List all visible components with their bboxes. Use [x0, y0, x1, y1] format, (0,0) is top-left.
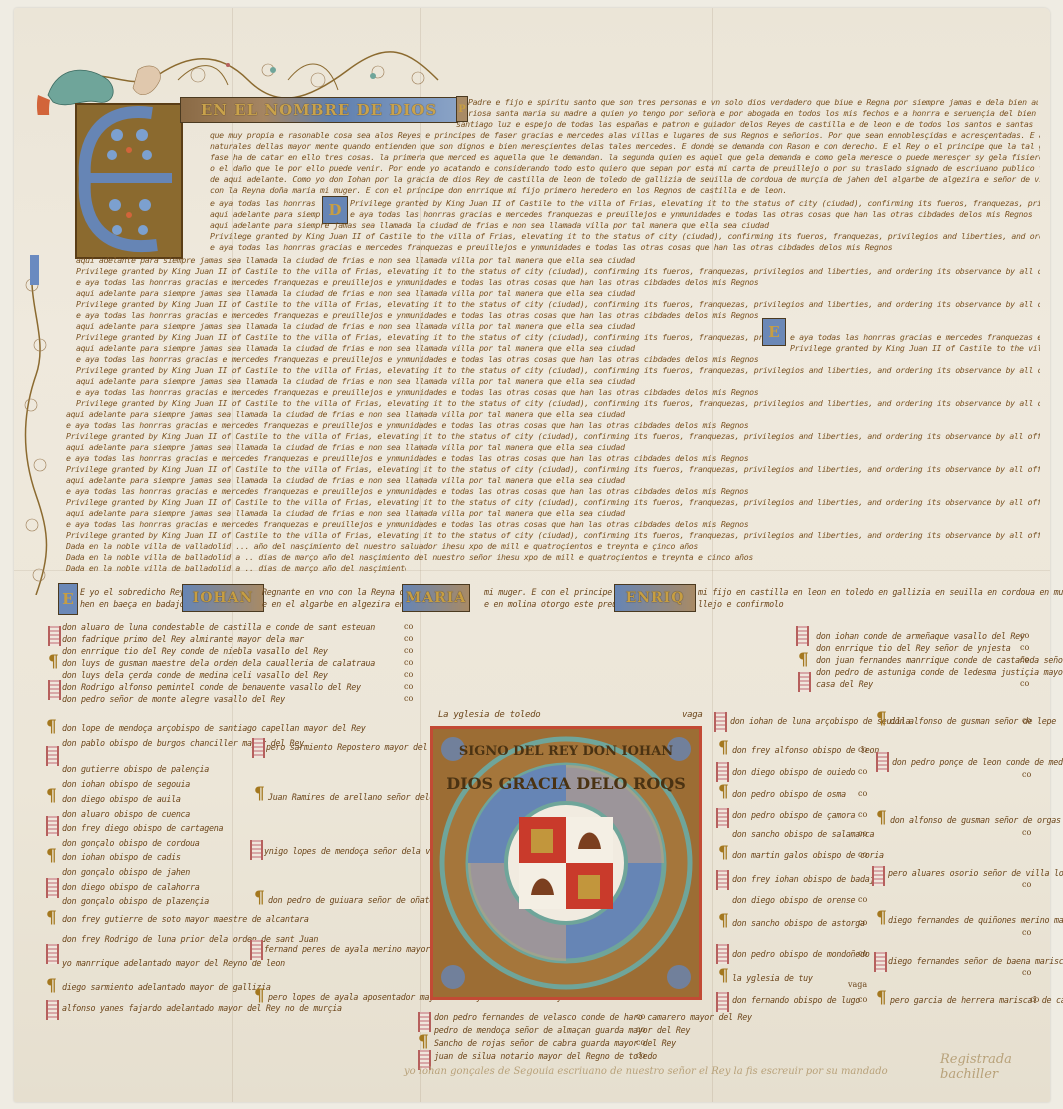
confirmant: don pedro obispo de osma	[732, 789, 846, 799]
rubric-initial	[46, 878, 59, 898]
pilcrow-icon: ¶	[718, 968, 729, 985]
confirmant: don lope de mendoça arçobispo de santiag…	[62, 723, 366, 733]
opening-line: santiago luz e espejo de todas las españ…	[456, 119, 1038, 130]
opening-line: de aqui adelante. Como yo don Iohan por …	[210, 174, 1040, 185]
rubric-initial	[250, 840, 263, 860]
rueda-header-left: La yglesia de toledo	[438, 710, 540, 720]
floral-border-left-icon	[22, 255, 50, 595]
confirmant: don gonçalo obispo de cordoua	[62, 838, 200, 848]
opening-line: riosa santa maria su madre a quien yo te…	[468, 108, 1038, 119]
confirm-text: Regnante en vno con la Reyna doña	[262, 587, 419, 597]
confirmant: juan de silua notario mayor del Regno de…	[434, 1051, 657, 1061]
confirmant: don gonçalo obispo de jahen	[62, 867, 190, 877]
rubric-initial	[418, 1012, 431, 1032]
pilcrow-icon: ¶	[876, 711, 887, 728]
pilcrow-icon: ¶	[718, 740, 729, 757]
rubric-initial	[796, 626, 809, 646]
rubric-initial	[252, 738, 265, 758]
confirmant: don luys de gusman maestre dela orden de…	[62, 658, 375, 668]
rubric-initial	[716, 808, 729, 828]
registration-signature: Registrada bachiller	[940, 1052, 1020, 1082]
confirmant: don diego obispo de calahorra	[62, 882, 200, 892]
pilcrow-icon: ¶	[254, 890, 265, 907]
confirmant: don alfonso de gusman señor de orgas alg…	[890, 815, 1063, 825]
pilcrow-icon: ¶	[798, 652, 809, 669]
pilcrow-icon: ¶	[876, 990, 887, 1007]
pilcrow-icon: ¶	[46, 719, 57, 736]
confirm-text: mi fijo en castilla en leon en toledo en…	[698, 587, 1063, 597]
confirmant: don frey gutierre de soto mayor maestre …	[62, 914, 309, 924]
confirm-text: llejo e confirmolo	[698, 599, 783, 609]
confirmant: don luys dela çerda conde de medina celi…	[62, 670, 328, 680]
confirmant: don frey Rodrigo de luna prior dela orde…	[62, 934, 318, 944]
confirmant: don iohan obispo de segouia	[62, 779, 190, 789]
illuminated-initial-e	[75, 103, 183, 259]
confirmant: don frey alfonso obispo de leon	[732, 745, 879, 755]
confirmant: ynigo lopes de mendoça señor dela vega	[264, 846, 444, 856]
rubric-initial	[46, 1000, 59, 1020]
confirmant: don pedro de astuniga conde de ledesma j…	[816, 667, 1063, 677]
confirmant: pero sarmiento Repostero mayor del Rey	[266, 742, 446, 752]
confirmant: don gonçalo obispo de plazençia	[62, 896, 209, 906]
confirmant: pedro de mendoça señor de almaçan guarda…	[434, 1025, 690, 1035]
rubric-initial	[48, 626, 61, 646]
rubric-initial	[874, 952, 887, 972]
confirmant: don gutierre obispo de palençia	[62, 764, 209, 774]
opening-line: o el daño que le por ello puede venir. P…	[210, 163, 1040, 174]
confirm-text: e en molina otorgo este preui	[484, 599, 622, 609]
pilcrow-icon: ¶	[876, 810, 887, 827]
opening-line: con la Reyna doña maria mi muger. E con …	[210, 185, 1040, 196]
rubric-initial	[714, 712, 727, 732]
confirmant: don iohan conde de armeñaque vasallo del…	[816, 631, 1025, 641]
pilcrow-icon: ¶	[46, 788, 57, 805]
small-initial-e-confirm: E	[58, 583, 78, 615]
confirmant: don Rodrigo alfonso pemintel conde de be…	[62, 682, 361, 692]
confirmant: don fernando obispo de lugo	[732, 995, 860, 1005]
confirmant: don pedro obispo de çamora	[732, 810, 855, 820]
rubric-initial	[872, 866, 885, 886]
pilcrow-icon: ¶	[718, 845, 729, 862]
pilcrow-icon: ¶	[876, 910, 887, 927]
opening-line: Padre e fijo e spiritu santo que son tre…	[468, 97, 1038, 108]
confirmant: don diego obispo de auila	[62, 794, 181, 804]
pilcrow-icon: ¶	[418, 1034, 429, 1051]
svg-text:SIGNO DEL REY DON IOHAN: SIGNO DEL REY DON IOHAN	[459, 744, 673, 759]
rubric-initial	[876, 752, 889, 772]
confirmant: diego fernandes de quiñones merino mayor…	[888, 915, 1063, 925]
confirmant: don diego obispo de ouiedo	[732, 767, 855, 777]
rubric-initial	[716, 762, 729, 782]
svg-text:DIOS GRACIA DELO ROQS: DIOS GRACIA DELO ROQS	[446, 774, 686, 793]
confirmant: don aluaro obispo de cuenca	[62, 809, 190, 819]
confirmant: alfonso yanes fajardo adelantado mayor d…	[62, 1003, 342, 1013]
rueda-seal-icon: SIGNO DEL REY DON IOHAN DIOS GRACIA DELO…	[433, 729, 699, 997]
confirmant: don diego obispo de orense	[732, 895, 855, 905]
rubric-initial	[716, 944, 729, 964]
pilcrow-icon: ¶	[46, 910, 57, 927]
confirmant: don sancho obispo de astorga	[732, 918, 865, 928]
confirmant: diego sarmiento adelantado mayor de gall…	[62, 982, 271, 992]
pilcrow-icon: ¶	[254, 786, 265, 803]
rueda-header-right: vaga	[682, 710, 702, 720]
pilcrow-icon: ¶	[254, 988, 265, 1005]
pilcrow-icon: ¶	[48, 654, 59, 671]
confirmant: don aluaro de luna condestable de castil…	[62, 622, 375, 632]
invocation-text: EN EL NOMBRE DE DIOS	[201, 101, 437, 119]
confirmant: casa del Rey	[816, 679, 873, 689]
rubric-initial	[798, 672, 811, 692]
confirmant: don enrrique tio del Rey señor de ynjest…	[816, 643, 1010, 653]
opening-line: fase ha de catar en ello tres cosas. la …	[210, 152, 1040, 163]
confirmant: pero aluares osorio señor de villa lobos…	[888, 868, 1063, 878]
opening-line: naturales dellas mayor mente quando enti…	[210, 141, 1040, 152]
confirmant: don frey diego obispo de cartagena	[62, 823, 223, 833]
invocation-banner: EN EL NOMBRE DE DIOS	[180, 97, 458, 123]
rueda-royal-wheel: SIGNO DEL REY DON IOHAN DIOS GRACIA DELO…	[430, 726, 702, 1000]
confirmant: don pedro fernandes de velasco conde de …	[434, 1012, 752, 1022]
confirmant: don frey iohan obispo de badajos	[732, 874, 884, 884]
queen-name-box: MARIA	[402, 584, 470, 612]
confirmant: diego fernandes señor de baena mariscal …	[888, 956, 1063, 966]
rubric-initial	[46, 746, 59, 766]
confirmant: don pedro ponçe de leon conde de medelli…	[892, 757, 1063, 767]
opening-line: que muy propia e rasonable cosa sea alos…	[210, 130, 1040, 141]
rubric-initial	[46, 816, 59, 836]
confirmant: don fadrique primo del Rey almirante may…	[62, 634, 304, 644]
rubric-initial	[46, 944, 59, 964]
rubric-initial	[48, 680, 61, 700]
small-initial-e: E	[762, 318, 786, 346]
pilcrow-icon: ¶	[718, 784, 729, 801]
rubric-initial	[716, 870, 729, 890]
confirmant: don iohan obispo de cadis	[62, 852, 181, 862]
confirmant: don pedro obispo de mondoñedo	[732, 949, 870, 959]
rubric-initial	[716, 992, 729, 1012]
pilcrow-icon: ¶	[46, 978, 57, 995]
confirmant: don enrrique tio del Rey conde de niebla…	[62, 646, 328, 656]
confirm-text: mi muger. E con el principe don	[484, 587, 631, 597]
pilcrow-icon: ¶	[46, 848, 57, 865]
confirm-text: hen en baeça en badajoz	[80, 599, 189, 609]
confirmant: don sancho obispo de salamanca	[732, 829, 874, 839]
prince-name-box: ENRIQ	[614, 584, 696, 612]
confirmant: don pedro de guiuara señor de oñate	[268, 895, 434, 905]
confirmant: la yglesia de tuy	[732, 973, 813, 983]
confirmant: don pedro señor de monte alegre vasallo …	[62, 694, 285, 704]
scribe-subscription: yo iohan gonçales de Segouia escriuano d…	[404, 1066, 888, 1077]
pilcrow-icon: ¶	[718, 913, 729, 930]
king-name-box: IOHAN	[182, 584, 264, 612]
rubric-initial	[250, 940, 263, 960]
